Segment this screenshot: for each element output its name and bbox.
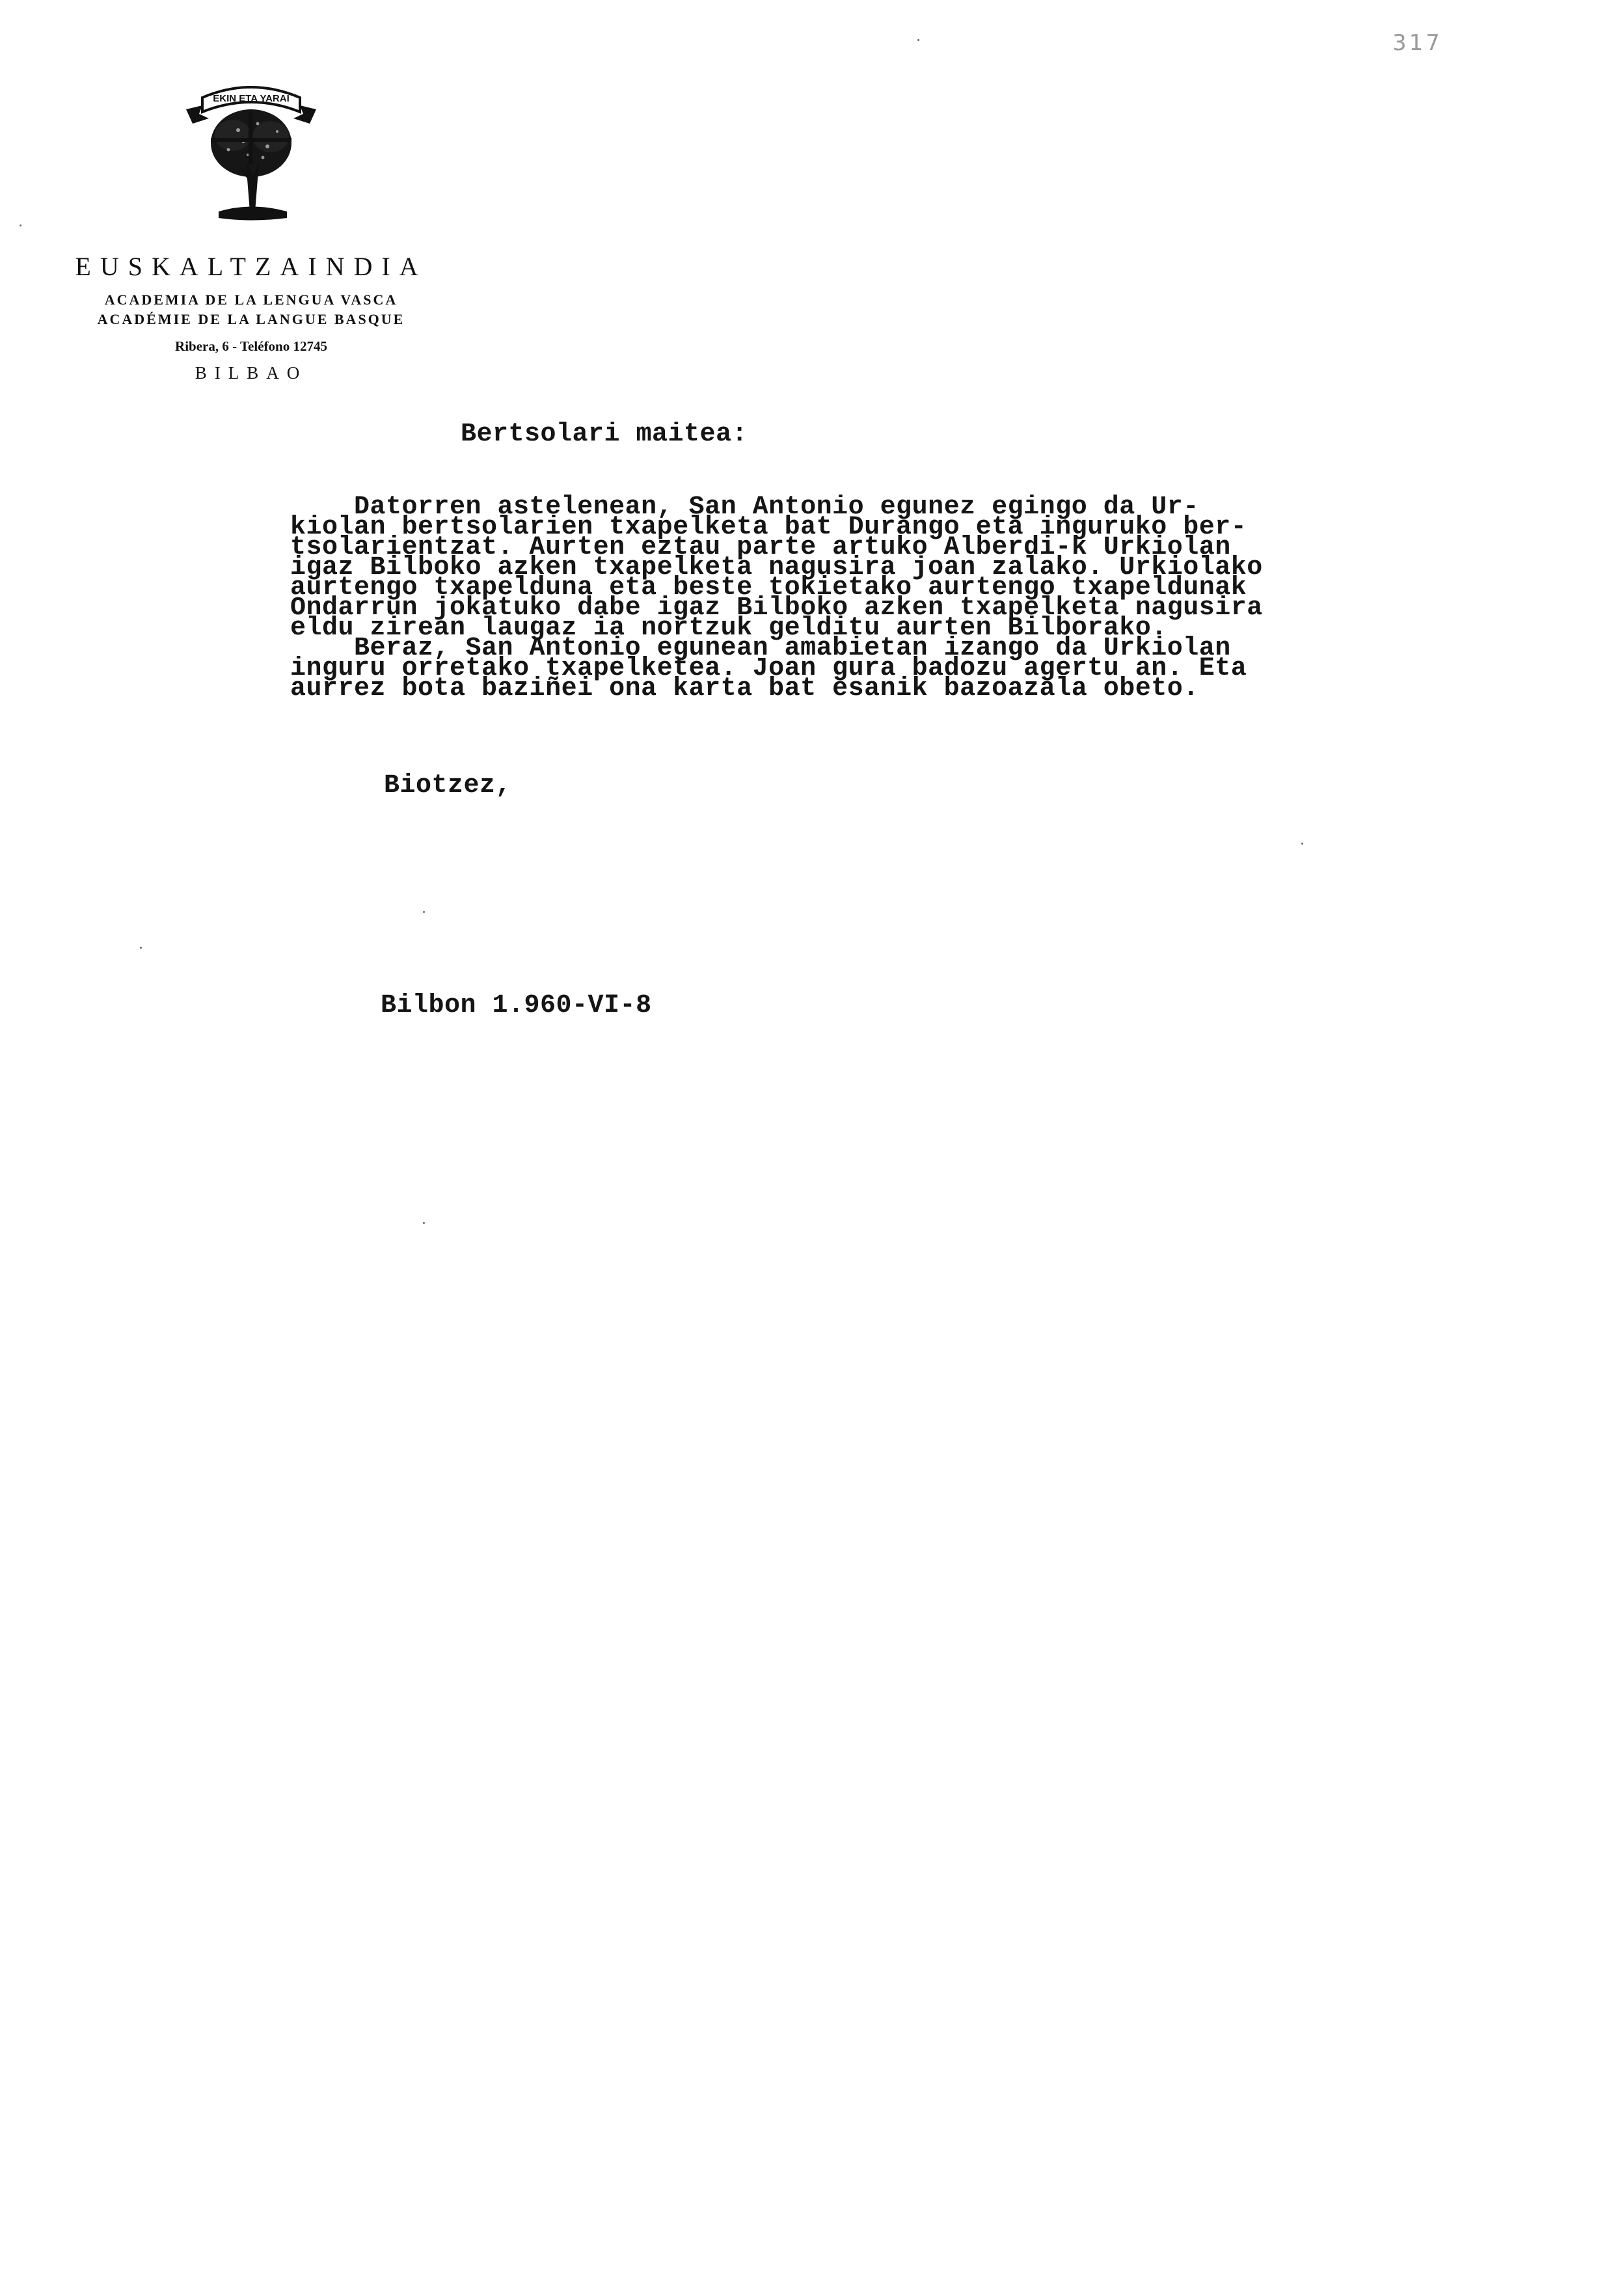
organization-subtitle-spanish: ACADEMIA DE LA LENGUA VASCA xyxy=(62,290,440,310)
letterhead: EKIN ETA YARAI EUSKALTZAINDIA ACADEMIA D… xyxy=(62,78,440,384)
scan-speck xyxy=(423,1222,425,1224)
letter-body-line: aurrez bota baziñei ona karta bat esanik… xyxy=(290,679,1263,699)
scan-speck xyxy=(917,39,919,41)
oak-tree-emblem-icon: EKIN ETA YARAI xyxy=(173,78,329,228)
organization-city: BILBAO xyxy=(62,362,440,384)
scan-speck xyxy=(1301,843,1303,845)
organization-name: EUSKALTZAINDIA xyxy=(62,252,440,281)
letter-closing: Biotzez, xyxy=(384,776,511,796)
scan-speck xyxy=(140,947,142,949)
letter-body: Datorren astelenean, San Antonio egunez … xyxy=(290,497,1263,699)
letter-place-date: Bilbon 1.960-VI-8 xyxy=(381,996,652,1016)
page-number: 317 xyxy=(1392,30,1442,56)
scan-speck xyxy=(20,224,21,226)
letter-salutation: Bertsolari maitea: xyxy=(461,424,748,444)
motto-text: EKIN ETA YARAI xyxy=(213,93,290,104)
organization-address: Ribera, 6 - Teléfono 12745 xyxy=(62,337,440,355)
organization-subtitle-french: ACADÉMIE DE LA LANGUE BASQUE xyxy=(62,310,440,329)
scan-speck xyxy=(423,911,425,913)
